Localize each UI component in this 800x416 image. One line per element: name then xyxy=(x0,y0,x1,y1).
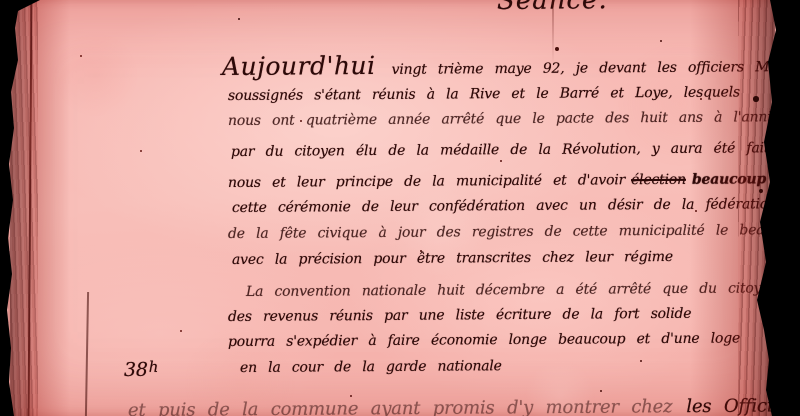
paper-crease xyxy=(552,0,554,64)
margin-flourish: ℎ xyxy=(149,358,159,376)
ink-speckles xyxy=(238,18,240,20)
manuscript-line: des revenus réunis par une liste écritur… xyxy=(228,306,691,325)
margin-note: 38ℎ xyxy=(124,358,158,381)
manuscript-photo: Séance. Aujourd'huivingt trième maye 92,… xyxy=(0,0,800,416)
manuscript-line: avec la précision pour être transcrites … xyxy=(232,249,673,268)
line-text: nous et leur principe de la municipalité… xyxy=(228,172,625,191)
line-text: vingt trième maye 92, je devant les offi… xyxy=(392,59,800,78)
faint-text: et puis de la commune ayant promis d'y m… xyxy=(128,396,673,416)
struck-word: élection xyxy=(631,172,686,188)
manuscript-line: en la cour de la garde nationale xyxy=(240,358,502,376)
opening-word: Aujourd'hui xyxy=(222,51,376,81)
manuscript-line: Aujourd'huivingt trième maye 92, je deva… xyxy=(222,48,800,81)
margin-number: 38 xyxy=(124,359,148,381)
